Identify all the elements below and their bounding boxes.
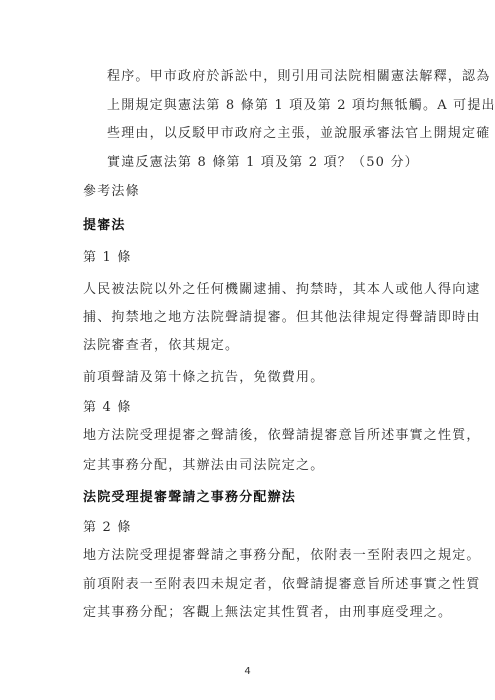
question-line: 程序。甲市政府於訴訟中，則引用司法院相關憲法解釋，認為	[107, 69, 490, 85]
article-text-line: 定其事務分配；客觀上無法定其性質者，由刑事庭受理之。	[83, 605, 452, 621]
question-line: 些理由，以反駁甲市政府之主張，並說服承審法官上開規定確	[107, 126, 490, 142]
question-line: 實違反憲法第 8 條第 1 項及第 2 項？（50 分）	[107, 155, 419, 171]
law-title: 提審法	[83, 218, 126, 234]
article-text-line: 地方法院受理提審聲請之事務分配，依附表一至附表四之規定。	[83, 548, 481, 564]
article-text-line: 地方法院受理提審之聲請後，依聲請提審意旨所述事實之性質，	[83, 428, 481, 444]
article-text-line: 定其事務分配，其辦法由司法院定之。	[83, 458, 324, 474]
article-label: 第 4 條	[83, 400, 132, 416]
article-text-line: 捕、拘禁地之地方法院聲請提審。但其他法律規定得聲請即時由	[83, 310, 481, 326]
reference-heading: 參考法條	[83, 184, 140, 200]
article-text-line: 法院審查者，依其規定。	[83, 338, 239, 354]
article-label: 第 1 條	[83, 250, 132, 266]
article-text-line: 前項聲請及第十條之抗告，免徵費用。	[83, 370, 324, 386]
article-text-line: 人民被法院以外之任何機關逮捕、拘禁時，其本人或他人得向逮	[83, 282, 481, 298]
document-page: 程序。甲市政府於訴訟中，則引用司法院相關憲法解釋，認為 上開規定與憲法第 8 條…	[0, 0, 495, 700]
article-label: 第 2 條	[83, 520, 132, 536]
law-title: 法院受理提審聲請之事務分配辦法	[83, 490, 296, 506]
question-line: 上開規定與憲法第 8 條第 1 項及第 2 項均無牴觸。A 可提出那	[107, 98, 495, 114]
page-number: 4	[0, 666, 495, 677]
article-text-line: 前項附表一至附表四未規定者，依聲請提審意旨所述事實之性質	[83, 577, 481, 593]
